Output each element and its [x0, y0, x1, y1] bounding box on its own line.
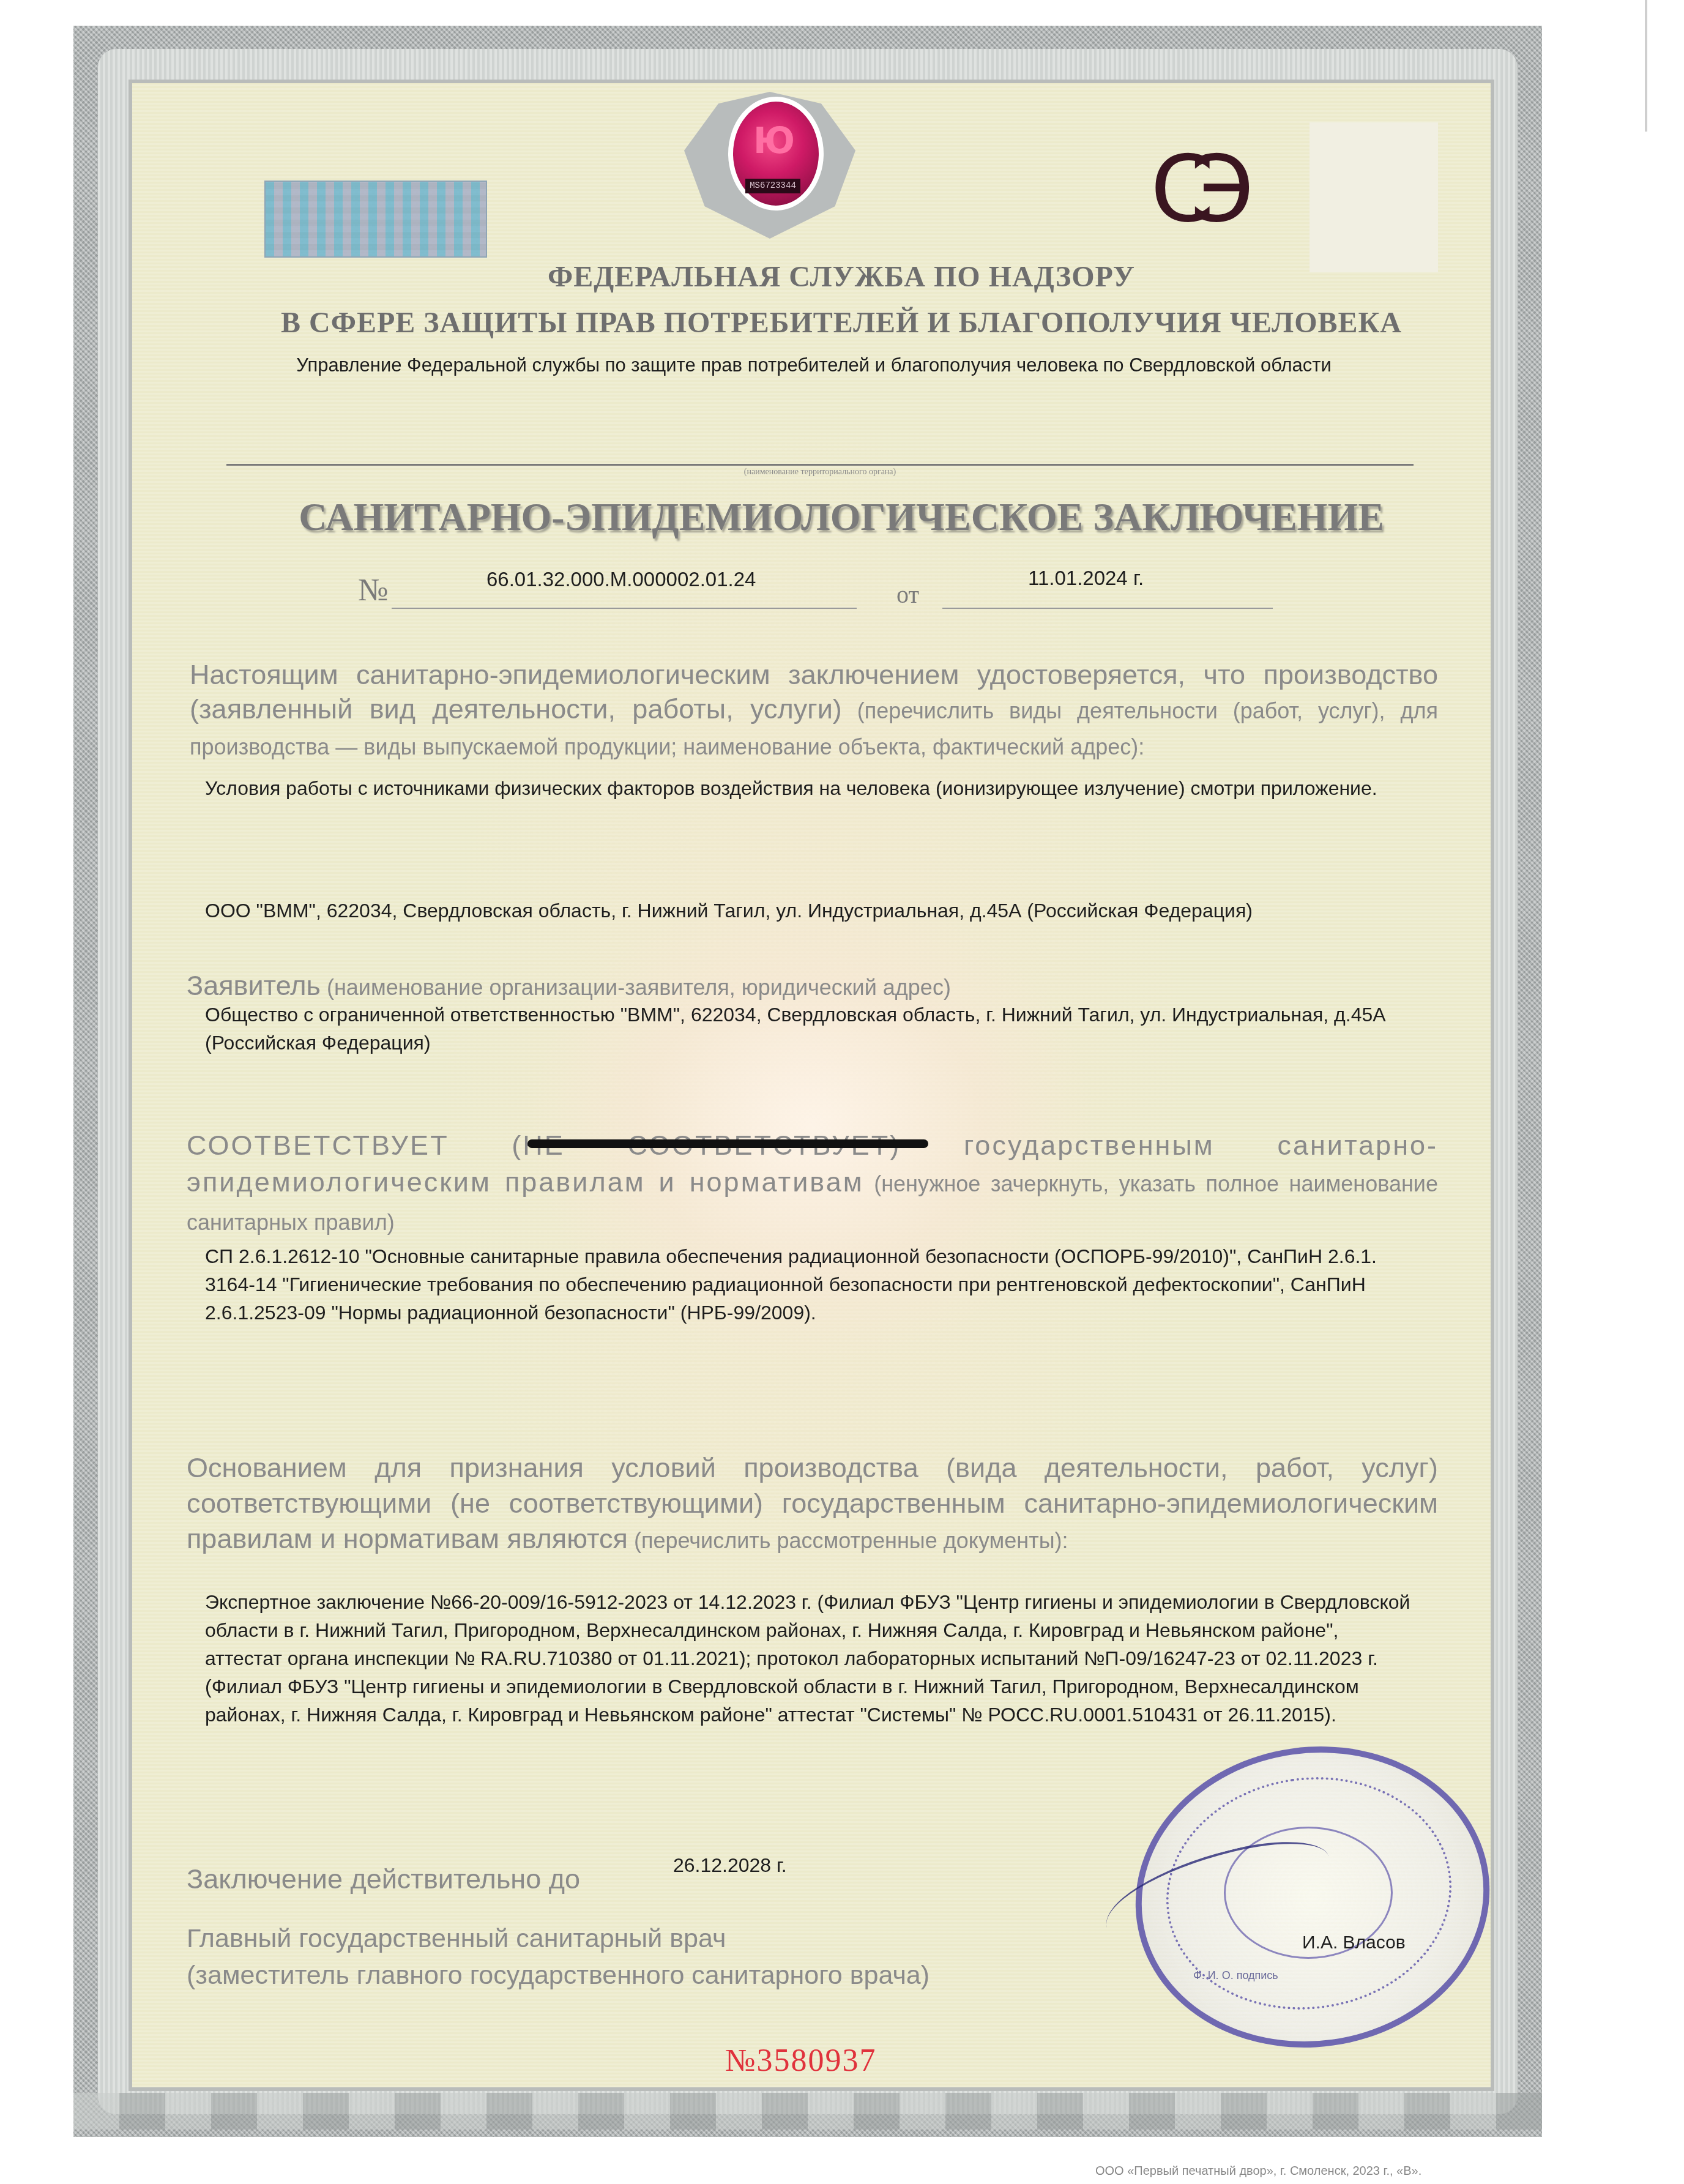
number-underline [392, 608, 857, 609]
hologram-glyph: Ю [750, 119, 799, 162]
object-text: ООО "ВММ", 622034, Свердловская область,… [205, 896, 1417, 925]
document-date: 11.01.2024 г. [1028, 567, 1144, 590]
applicant-label: Заявитель [187, 970, 321, 1001]
strikethrough-mark [527, 1139, 928, 1148]
territorial-caption: (наименование территориального органа) [226, 468, 1414, 477]
agency-title-line1: ФЕДЕРАЛЬНАЯ СЛУЖБА ПО НАДЗОРУ [184, 260, 1499, 294]
date-underline [942, 608, 1273, 609]
agency-title-line2: В СФЕРЕ ЗАЩИТЫ ПРАВ ПОТРЕБИТЕЛЕЙ И БЛАГО… [184, 306, 1499, 340]
rules-text: СП 2.6.1.2612-10 "Основные санитарные пр… [205, 1242, 1417, 1327]
number-label: № [358, 572, 389, 608]
hologram-serial: MS6723344 [745, 179, 800, 193]
intro-paragraph: Настоящим санитарно-эпидемиологическим з… [190, 658, 1438, 764]
signature-caption: Ф. И. О. подпись [1193, 1969, 1278, 1982]
document-number: 66.01.32.000.М.000002.01.24 [486, 568, 756, 591]
printer-imprint: ООО «Первый печатный двор», г. Смоленск,… [1095, 2164, 1421, 2178]
conform-word: СООТВЕТСТВУЕТ [187, 1130, 449, 1161]
doctor-role-line1: Главный государственный санитарный врач [187, 1920, 1105, 1957]
valid-label: Заключение действительно до [187, 1863, 580, 1895]
applicant-label-row: Заявитель (наименование организации-заяв… [187, 970, 1410, 1002]
se-logo-icon: СЭ [1150, 147, 1285, 233]
basis-hint: (перечислить рассмотренные документы): [628, 1528, 1068, 1553]
bottom-wave-ornament [73, 2093, 1542, 2130]
territorial-body: Управление Федеральной службы по защите … [202, 352, 1426, 379]
valid-until: 26.12.2028 г. [673, 1851, 787, 1879]
activity-text: Условия работы с источниками физических … [205, 774, 1417, 802]
applicant-hint: (наименование организации-заявителя, юри… [321, 975, 951, 1000]
date-label: от [896, 580, 919, 609]
documents-text: Экспертное заключение №66-20-009/16-5912… [205, 1588, 1417, 1729]
territorial-rule [226, 464, 1414, 466]
basis-paragraph: Основанием для признания условий произво… [187, 1450, 1438, 1559]
doctor-role-line2: (заместитель главного государственного с… [187, 1957, 1105, 1994]
document-title: САНИТАРНО-ЭПИДЕМИОЛОГИЧЕСКОЕ ЗАКЛЮЧЕНИЕ [184, 494, 1499, 540]
signer-name: И.А. Власов [1302, 1932, 1406, 1953]
doctor-role: Главный государственный санитарный врач … [187, 1920, 1105, 1994]
applicant-text: Общество с ограниченной ответственностью… [205, 1001, 1417, 1057]
scan-edge-line [1645, 0, 1647, 132]
blank-box [1310, 122, 1438, 272]
microprint-security-icon [264, 181, 487, 258]
blank-serial-number: №3580937 [725, 2043, 877, 2079]
